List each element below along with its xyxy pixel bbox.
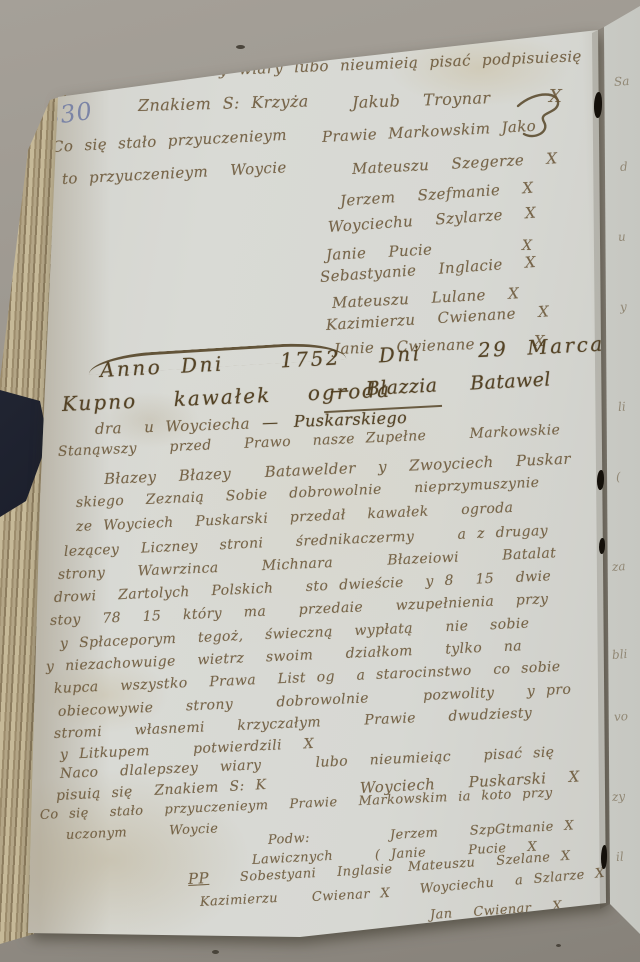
- manuscript-line: Znakiem S: Krzyża: [138, 92, 309, 115]
- manuscript-line: Jakub Troynar: [352, 88, 491, 112]
- manuscript-line: Jan Cwienar X: [429, 899, 562, 923]
- handwriting-layer: Naco dlalepszey wiary lubo nieumieią pis…: [0, 0, 640, 962]
- adjacent-page-fragment: (: [616, 470, 622, 484]
- manuscript-line: Kazimierzu: [200, 891, 279, 910]
- adjacent-page-fragment: zy: [612, 789, 626, 804]
- adjacent-page-fragment: il: [616, 849, 625, 864]
- adjacent-page-fragment: d: [620, 159, 629, 174]
- manuscript-line: Podw:: [268, 831, 311, 848]
- manuscript-line: uczonym Woycie: [66, 821, 219, 843]
- adjacent-page-fragment: u: [618, 229, 627, 244]
- photo-scene: 830 Naco dlalepszey wiary lubo nieumieią…: [0, 0, 640, 962]
- manuscript-line: X: [549, 86, 562, 107]
- manuscript-line: dra u Woyciecha: [95, 415, 251, 438]
- manuscript-line: — Puskarskiego: [262, 408, 408, 432]
- manuscript-line: Cwienar X: [312, 886, 391, 905]
- manuscript-line: Prawie Markowskim Jako: [322, 117, 537, 146]
- manuscript-line: Mateuszu Szegerze X: [352, 149, 558, 178]
- manuscript-line: X: [522, 238, 532, 254]
- adjacent-page-fragment: vo: [614, 709, 629, 724]
- adjacent-page-fragment: bli: [612, 647, 628, 662]
- manuscript-line: PP: [188, 869, 210, 888]
- adjacent-page-fragment: Sa: [614, 74, 630, 89]
- adjacent-page-fragment: y: [620, 300, 628, 314]
- manuscript-line: — Błazzia Batawel: [329, 368, 551, 402]
- adjacent-page-fragment: li: [618, 399, 627, 414]
- manuscript-page: 830 Naco dlalepszey wiary lubo nieumieią…: [0, 0, 640, 962]
- manuscript-line: to przyuczenieym Woycie: [62, 158, 288, 188]
- manuscript-page-wrap: 830 Naco dlalepszey wiary lubo nieumieią…: [0, 0, 640, 962]
- adjacent-page-fragment: za: [612, 559, 626, 574]
- manuscript-line: Naco dlalepszey wiary lubo nieumieią pis…: [92, 47, 582, 84]
- manuscript-line: Co się stało przyuczenieym: [52, 126, 288, 156]
- manuscript-line: Jerzem SzpGtmanie X: [390, 818, 575, 843]
